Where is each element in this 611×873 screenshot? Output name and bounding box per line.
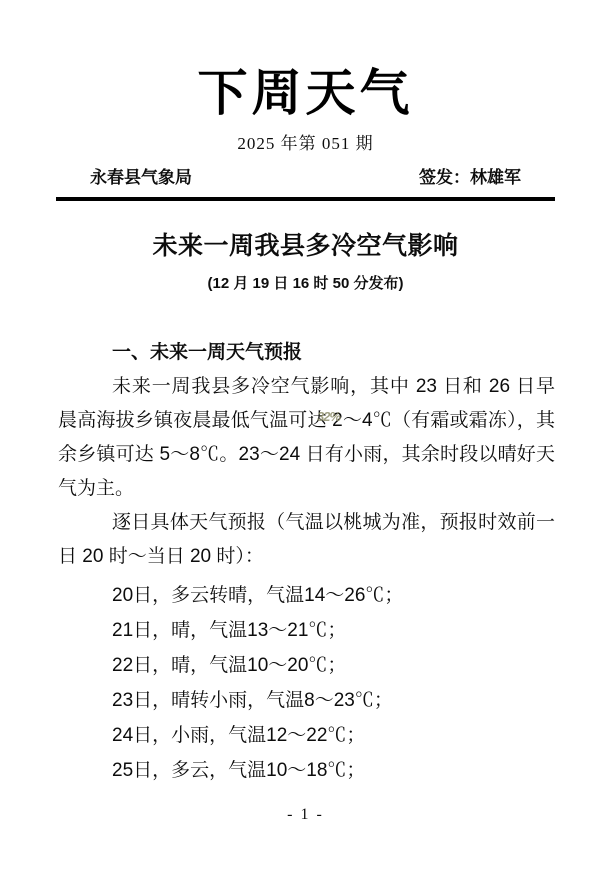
bulletin-body: 一、未来一周天气预报 未来一周我县多冷空气影响，其中 23 日和 26 日早晨高… xyxy=(58,336,555,788)
daily-forecast-line: 23日，晴转小雨，气温8～23℃； xyxy=(58,683,555,718)
header-meta-row: 永春县气象局 签发：林雄军 xyxy=(56,167,555,188)
bulletin-headline: 未来一周我县多冷空气影响 xyxy=(0,230,611,262)
daily-forecast-line: 22日，晴，气温10～20℃； xyxy=(58,648,555,683)
daily-forecast-line: 20日，多云转晴，气温14～26℃； xyxy=(58,578,555,613)
section-title: 一、未来一周天气预报 xyxy=(58,336,555,370)
page-number: - 1 - xyxy=(0,806,611,824)
daily-forecast-line: 24日，小雨，气温12～22℃； xyxy=(58,718,555,753)
paragraph-daily-intro: 逐日具体天气预报（气温以桃城为准，预报时效前一日 20 时～当日 20 时）： xyxy=(58,506,555,574)
release-time: (12 月 19 日 16 时 50 分发布) xyxy=(0,274,611,294)
weather-bulletin-page: 下周天气 2025 年第 051 期 永春县气象局 签发：林雄军 未来一周我县多… xyxy=(0,0,611,873)
signer-name: 签发：林雄军 xyxy=(419,167,521,188)
doc-title: 下周天气 xyxy=(0,64,611,122)
daily-forecast-list: 20日，多云转晴，气温14～26℃； 21日，晴，气温13～21℃； 22日，晴… xyxy=(58,578,555,788)
paragraph-forecast-summary: 未来一周我县多冷空气影响，其中 23 日和 26 日早晨高海拔乡镇夜晨最低气温可… xyxy=(58,370,555,506)
agency-name: 永春县气象局 xyxy=(90,167,192,188)
issue-number: 2025 年第 051 期 xyxy=(0,134,611,154)
scan-artifact-32-percent: 32% xyxy=(317,409,340,424)
header-divider xyxy=(56,197,555,201)
daily-forecast-line: 25日，多云，气温10～18℃； xyxy=(58,753,555,788)
daily-forecast-line: 21日，晴，气温13～21℃； xyxy=(58,613,555,648)
